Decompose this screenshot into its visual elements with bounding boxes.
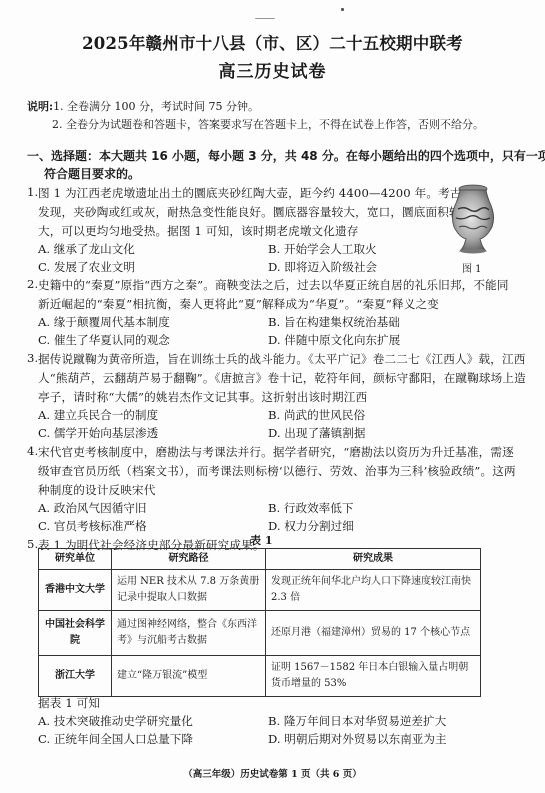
question-4-option-c: C. 官员考核标准严格 — [38, 518, 147, 534]
figure-1-caption: 图 1 — [462, 260, 482, 275]
question-2-option-a: A. 缘于颠覆周代基本制度 — [38, 314, 170, 330]
question-2-stem: 新近崛起的“秦夏”相抗衡，秦人更将此“夏”解释成为“华夏”。“秦夏”释义之变 — [38, 296, 439, 312]
table-cell-result: 证明 1567－1582 年日本白银输入量占明朝货币增量的 53% — [266, 656, 481, 697]
table-header: 研究单位 — [39, 549, 112, 570]
question-5-option-c: C. 正统年间全国人口总量下降 — [38, 731, 193, 747]
exam-title: 2025年赣州市十八县（市、区）二十五校期中联考 — [0, 30, 545, 54]
question-1-stem: 大，可以更均匀地受热。据图 1 可知，该时期老虎墩文化遗存 — [38, 223, 359, 239]
question-3-option-b: B. 尚武的世风民俗 — [268, 407, 365, 423]
pottery-jar-image — [450, 183, 496, 255]
exam-subtitle: 高三历史试卷 — [0, 57, 545, 82]
question-2-option-b: B. 旨在构建集权统治基础 — [268, 314, 400, 330]
instructions-line-2: 2. 全卷分为试题卷和答题卡，答案要求写在答题卡上，不得在试卷上作答，否则不给分… — [52, 116, 484, 132]
question-2-option-c: C. 催生了华夏认同的观念 — [38, 332, 170, 348]
question-1-option-d: D. 即将迈入阶级社会 — [268, 259, 377, 275]
question-5-number: 5. — [27, 537, 38, 551]
section-heading-cont: 符合题目要求的。 — [44, 165, 140, 182]
question-1-number: 1. — [27, 185, 38, 199]
table-cell-institution: 中国社会科学院 — [39, 611, 112, 656]
question-1-option-c: C. 发展了农业文明 — [38, 259, 135, 275]
question-5-option-b: B. 隆万年间日本对华贸易逆差扩大 — [268, 713, 446, 729]
page-footer: （高三年级）历史试卷第 1 页（共 6 页） — [0, 766, 545, 780]
instructions-line-1: 说明:1. 全卷满分 100 分，考试时间 75 分钟。 — [27, 98, 259, 114]
scan-speck — [255, 18, 275, 19]
question-5-stem-after: 据表 1 可知 — [38, 695, 100, 711]
table-cell-institution: 香港中文大学 — [39, 570, 112, 611]
question-3-number: 3. — [27, 351, 38, 365]
table-header: 研究路径 — [112, 549, 266, 570]
question-4-option-d: D. 权力分割过细 — [268, 518, 354, 534]
question-4-number: 4. — [27, 444, 38, 458]
table-cell-method: 通过图神经网络，整合《东西洋考》与沉船考古数据 — [112, 611, 266, 656]
question-1-option-a: A. 继承了龙山文化 — [38, 241, 135, 257]
table-row: 浙江大学 建立“隆万银流”模型 证明 1567－1582 年日本白银输入量占明朝… — [39, 656, 481, 697]
question-1-stem: 图 1 为江西老虎墩遗址出土的圜底夹砂红陶大壶，距今约 4400—4200 年。… — [38, 185, 462, 201]
table-cell-institution: 浙江大学 — [39, 656, 112, 697]
question-3-option-d: D. 出现了藩镇割据 — [268, 425, 365, 441]
question-5-option-a: A. 技术突破推动史学研究量化 — [38, 713, 193, 729]
table-1-caption: 表 1 — [250, 532, 272, 548]
question-2-number: 2. — [27, 277, 38, 291]
question-1-stem: 发现，夹砂陶或红或灰，耐热急变性能良好。圜底器容量较大，宽口，圜底面积较 — [38, 204, 461, 220]
question-5-option-d: D. 明朝后期对外贸易以东南亚为主 — [268, 731, 447, 747]
question-2-stem: 史籍中的“秦夏”原指“西方之秦”。商鞅变法之后，过去以华夏正统自居的礼乐旧邦，不… — [38, 277, 509, 293]
question-3-stem: 人“熊葫芦，云翻葫芦易于翻鞠”。《唐摭言》卷十记，乾符年间，颜标守鄱阳，在蹴鞠球… — [38, 370, 526, 386]
question-4-option-a: A. 政治风气因循守旧 — [38, 500, 147, 516]
question-2-option-d: D. 伴随中原文化向东扩展 — [268, 332, 400, 348]
question-4-stem: 种制度的设计反映宋代 — [38, 482, 155, 498]
table-header: 研究成果 — [266, 549, 481, 570]
question-3-option-c: C. 儒学开始向基层渗透 — [38, 425, 158, 441]
question-4-stem: 宋代官吏考核制度中，磨勘法与考课法并行。据学者研究，“磨勘法以资历为升迁基准，需… — [38, 444, 514, 460]
scan-speck — [341, 8, 344, 11]
table-row: 香港中文大学 运用 NER 技术从 7.8 万条黄册记录中提取人口数据 发现正统… — [39, 570, 481, 611]
table-cell-method: 运用 NER 技术从 7.8 万条黄册记录中提取人口数据 — [112, 570, 266, 611]
table-cell-result: 还原月港（福建漳州）贸易的 17 个核心节点 — [266, 611, 481, 656]
table-header-row: 研究单位 研究路径 研究成果 — [39, 549, 481, 570]
question-4-option-b: B. 行政效率低下 — [268, 500, 353, 516]
section-heading: 一、选择题：本大题共 16 小题，每小题 3 分，共 48 分。在每小题给出的四… — [27, 147, 545, 164]
question-3-stem: 亭子，请时称“大儒”的姚岩杰作文记其事。这折射出该时期江西 — [38, 389, 367, 405]
question-3-option-a: A. 建立兵民合一的制度 — [38, 407, 158, 423]
table-cell-method: 建立“隆万银流”模型 — [112, 656, 266, 697]
table-row: 中国社会科学院 通过图神经网络，整合《东西洋考》与沉船考古数据 还原月港（福建漳… — [39, 611, 481, 656]
question-1-option-b: B. 开始学会人工取火 — [268, 241, 377, 257]
table-1: 研究单位 研究路径 研究成果 香港中文大学 运用 NER 技术从 7.8 万条黄… — [38, 548, 481, 697]
table-cell-result: 发现正统年间华北户均人口下降速度较江南快 2.3 倍 — [266, 570, 481, 611]
question-3-stem: 据传说蹴鞠为黄帝所造，旨在训练士兵的战斗能力。《太平广记》卷二二七《江西人》载，… — [38, 351, 525, 367]
question-4-stem: 级审查官员历纸（档案文书），而考课法则标榜‘以德行、劳效、治事为三科’核验政绩”… — [38, 463, 516, 479]
instructions-label: 说明: — [27, 100, 53, 113]
